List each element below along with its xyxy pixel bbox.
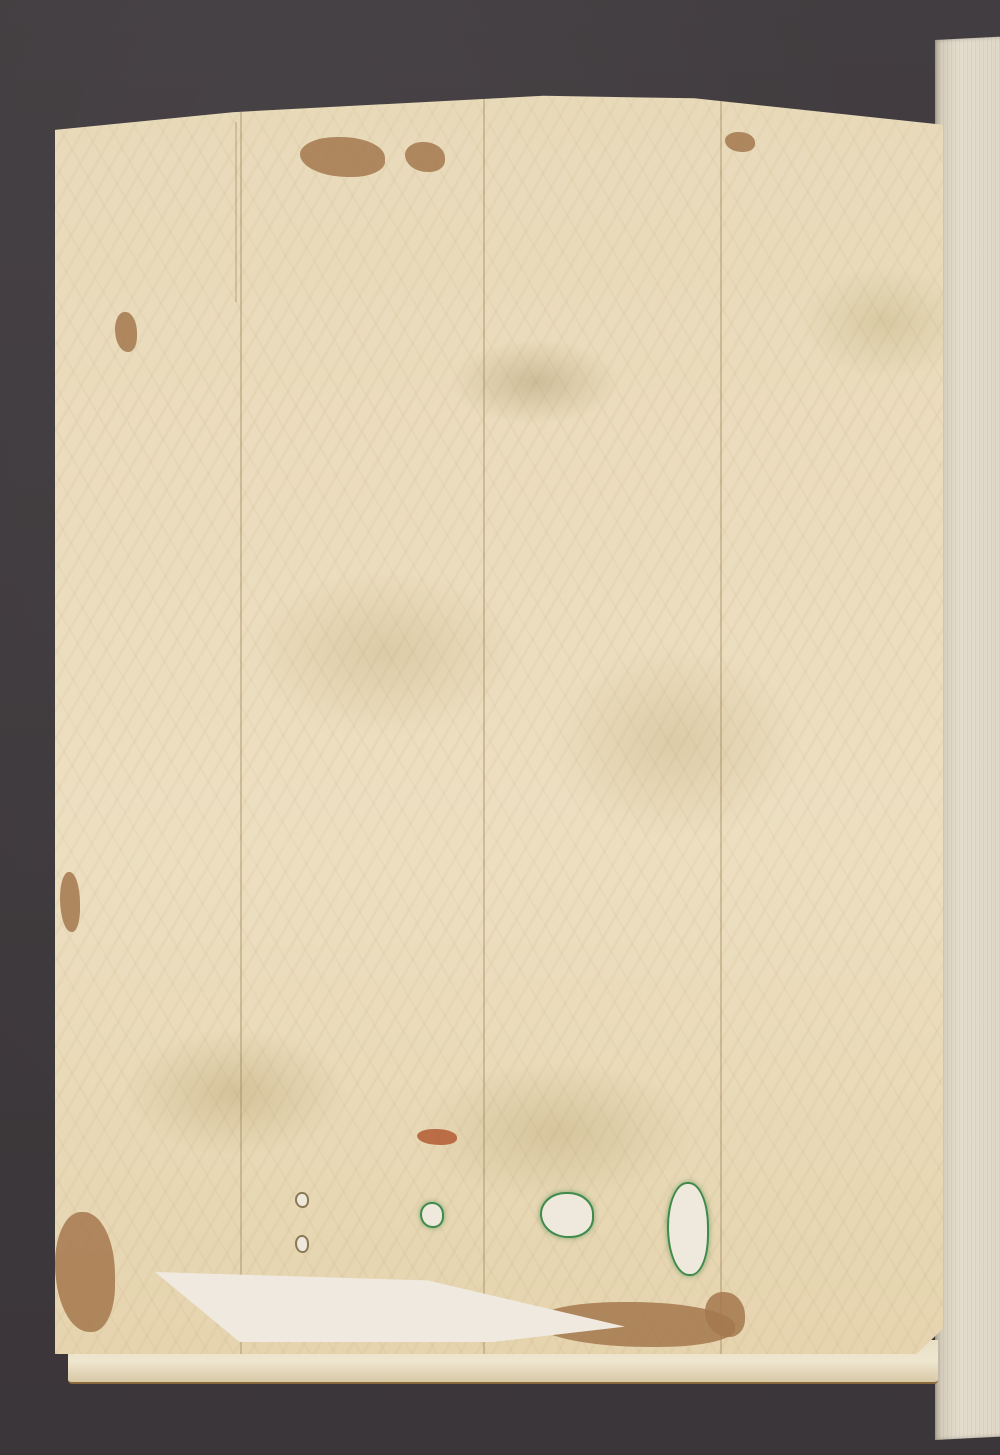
vellum-cover <box>55 92 943 1354</box>
stain <box>300 137 385 177</box>
stain <box>725 132 755 152</box>
turn-in-fold <box>67 122 237 302</box>
panel-line-left <box>240 92 242 1354</box>
stain <box>115 312 137 352</box>
torn-corner <box>155 1272 625 1342</box>
verdigris-hole <box>420 1202 444 1228</box>
book-page-block <box>935 36 1000 1440</box>
stain <box>405 142 445 172</box>
verdigris-hole <box>540 1192 594 1238</box>
panel-line-right <box>720 92 722 1354</box>
stain <box>55 1212 115 1332</box>
rust-stain <box>417 1129 457 1145</box>
panel-line-center <box>483 92 485 1354</box>
stain <box>60 872 80 932</box>
nail-hole <box>295 1235 309 1253</box>
nail-hole <box>295 1192 309 1208</box>
verdigris-hole <box>667 1182 709 1276</box>
